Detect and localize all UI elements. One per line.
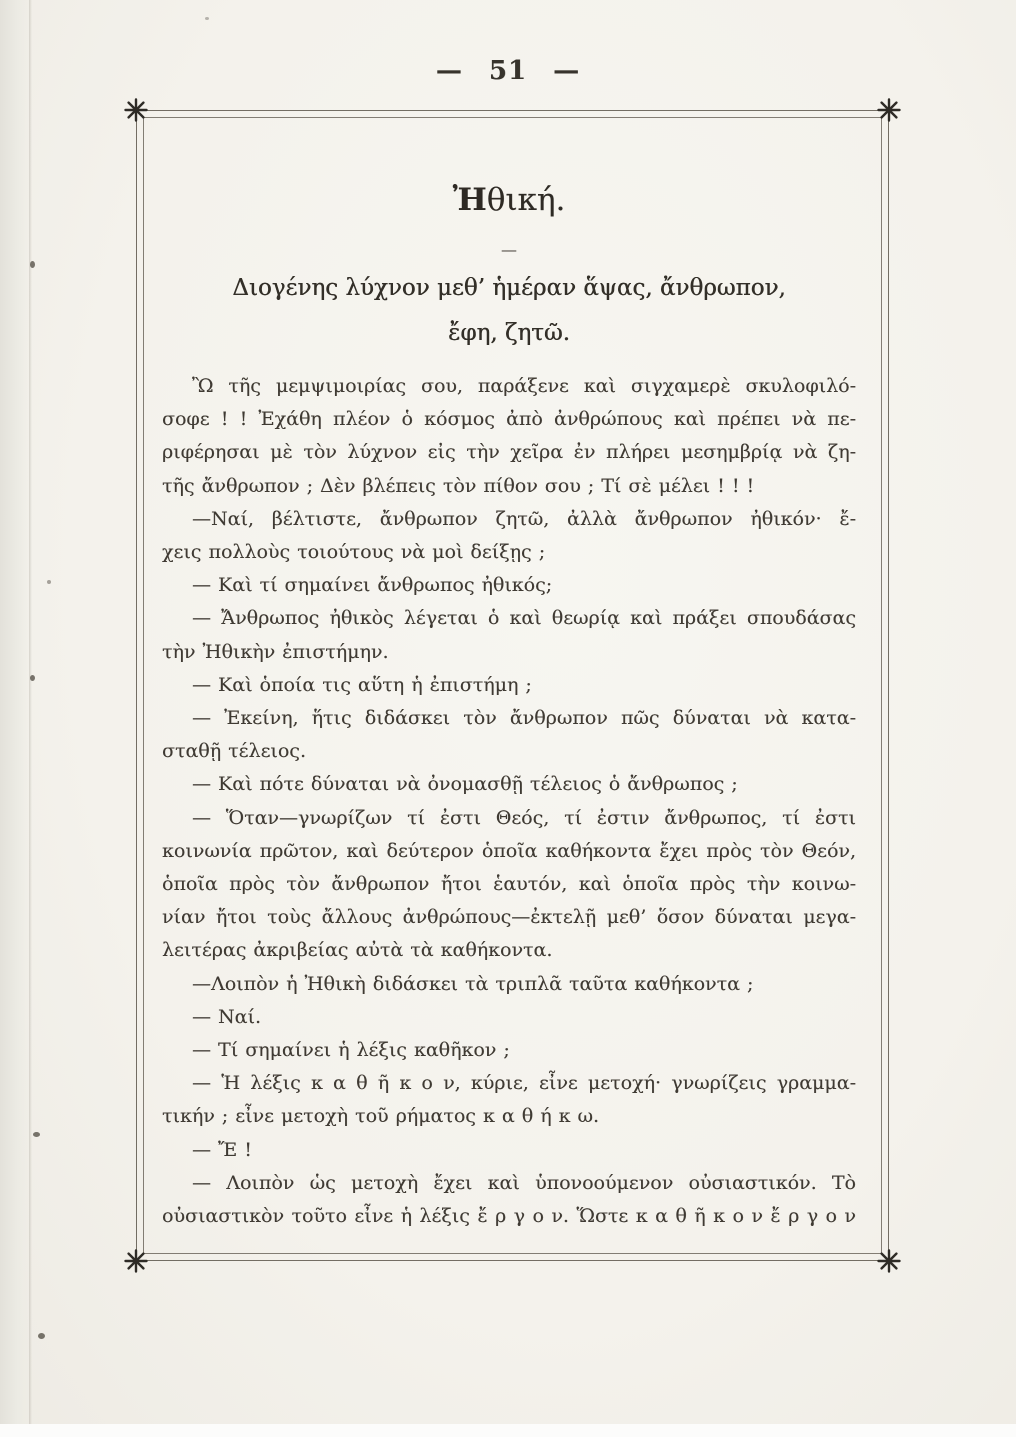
title-divider: —	[162, 242, 856, 258]
ink-speck	[33, 1132, 40, 1137]
epigraph-line: Διογένης λύχνον μεθ’ ἡμέραν ἅψας, ἄνθρωπ…	[162, 266, 856, 311]
dialogue-line: — Λοιπὸν ὡς μετοχὴ ἔχει καὶ ὑπονοούμενον…	[162, 1167, 856, 1200]
dialogue-line: — Ἄνθρωπος ἠθικὸς λέγεται ὁ καὶ θεωρίᾳ κ…	[162, 602, 856, 635]
dialogue-line: — Ἔ !	[162, 1134, 856, 1167]
dialogue-line: τῆς ἄνθρωπον ; Δὲν βλέπεις τὸν πίθον σου…	[162, 470, 856, 503]
dialogue-line: λειτέρας ἀκριβείας αὐτὰ τὰ καθήκοντα.	[162, 934, 856, 967]
ink-speck	[38, 1333, 45, 1339]
page-edge-shadow	[0, 0, 30, 1425]
page-edge-crease	[29, 0, 32, 1425]
dialogue-line: — Ἡ λέξις κ α θ ῆ κ ο ν, κύριε, εἶνε μετ…	[162, 1067, 856, 1100]
dialogue-line: σταθῇ τέλειος.	[162, 735, 856, 768]
dialogue-line: — Καὶ ὁποία τις αὕτη ἡ ἐπιστήμη ;	[162, 669, 856, 702]
page-content: Ἠθική. — Διογένης λύχνον μεθ’ ἡμέραν ἅψα…	[162, 110, 856, 1233]
epigraph-line: ἔφη, ζητῶ.	[162, 311, 856, 356]
dialogue-line: τικήν ; εἶνε μετοχὴ τοῦ ρήματος κ α θ ή …	[162, 1100, 856, 1133]
scan-bottom-edge	[0, 1424, 1016, 1437]
ink-speck	[30, 675, 35, 681]
dialogue-line: νίαν ἤτοι τοὺς ἄλλους ἀνθρώπους—ἐκτελῇ μ…	[162, 901, 856, 934]
dialogue-line: — Καὶ τί σημαίνει ἄνθρωπος ἠθικός;	[162, 569, 856, 602]
dialogue-line: ὁποῖα πρὸς τὸν ἄνθρωπον ἤτοι ἑαυτόν, καὶ…	[162, 868, 856, 901]
dialogue-line: οὐσιαστικὸν τοῦτο εἶνε ἡ λέξις ἔ ρ γ ο ν…	[162, 1200, 856, 1233]
dialogue-line: τὴν Ἠθικὴν ἐπιστήμην.	[162, 636, 856, 669]
dialogue-line: — Ἐκείνη, ἥτις διδάσκει τὸν ἄνθρωπον πῶς…	[162, 702, 856, 735]
dialogue-line: χεις πολλοὺς τοιούτους νὰ μοὶ δείξῃς ;	[162, 536, 856, 569]
epigraph: Διογένης λύχνον μεθ’ ἡμέραν ἅψας, ἄνθρωπ…	[162, 266, 856, 356]
dialogue-text: Ὢ τῆς μεμψιμοιρίας σου, παράξενε καὶ σιγ…	[162, 370, 856, 1233]
dialogue-line: ριφέρησαι μὲ τὸν λύχνον εἰς τὴν χεῖρα ἐν…	[162, 436, 856, 469]
page-number: — 51 —	[0, 56, 1016, 86]
dialogue-line: — Καὶ πότε δύναται νὰ ὀνομασθῇ τέλειος ὁ…	[162, 768, 856, 801]
corner-star-icon	[877, 1249, 901, 1273]
dialogue-line: — Ναί.	[162, 1001, 856, 1034]
dialogue-line: —Λοιπὸν ἡ Ἠθικὴ διδάσκει τὰ τριπλᾶ ταῦτα…	[162, 968, 856, 1001]
page-title: Ἠθική.	[162, 182, 856, 218]
corner-star-icon	[124, 98, 148, 122]
book-page-scan: — 51 — Ἠθική. — Διογένης λύχνον μεθ’ ἡμέ…	[0, 0, 1016, 1437]
dialogue-line: — Ὅταν—γνωρίζων τί ἐστι Θεός, τί ἐστιν ἄ…	[162, 802, 856, 835]
dialogue-line: Ὢ τῆς μεμψιμοιρίας σου, παράξενε καὶ σιγ…	[162, 370, 856, 403]
ink-speck	[205, 17, 209, 20]
dialogue-line: —Ναί, βέλτιστε, ἄνθρωπον ζητῶ, ἀλλὰ ἄνθρ…	[162, 503, 856, 536]
ink-speck	[47, 580, 51, 584]
dialogue-line: κοινωνία πρῶτον, καὶ δεύτερον ὁποῖα καθή…	[162, 835, 856, 868]
corner-star-icon	[124, 1249, 148, 1273]
dialogue-line: σοφε ! ! Ἐχάθη πλέον ὁ κόσμος ἀπὸ ἀνθρώπ…	[162, 403, 856, 436]
dialogue-line: — Τί σημαίνει ἡ λέξις καθῆκον ;	[162, 1034, 856, 1067]
corner-star-icon	[877, 98, 901, 122]
ink-speck	[30, 261, 35, 268]
